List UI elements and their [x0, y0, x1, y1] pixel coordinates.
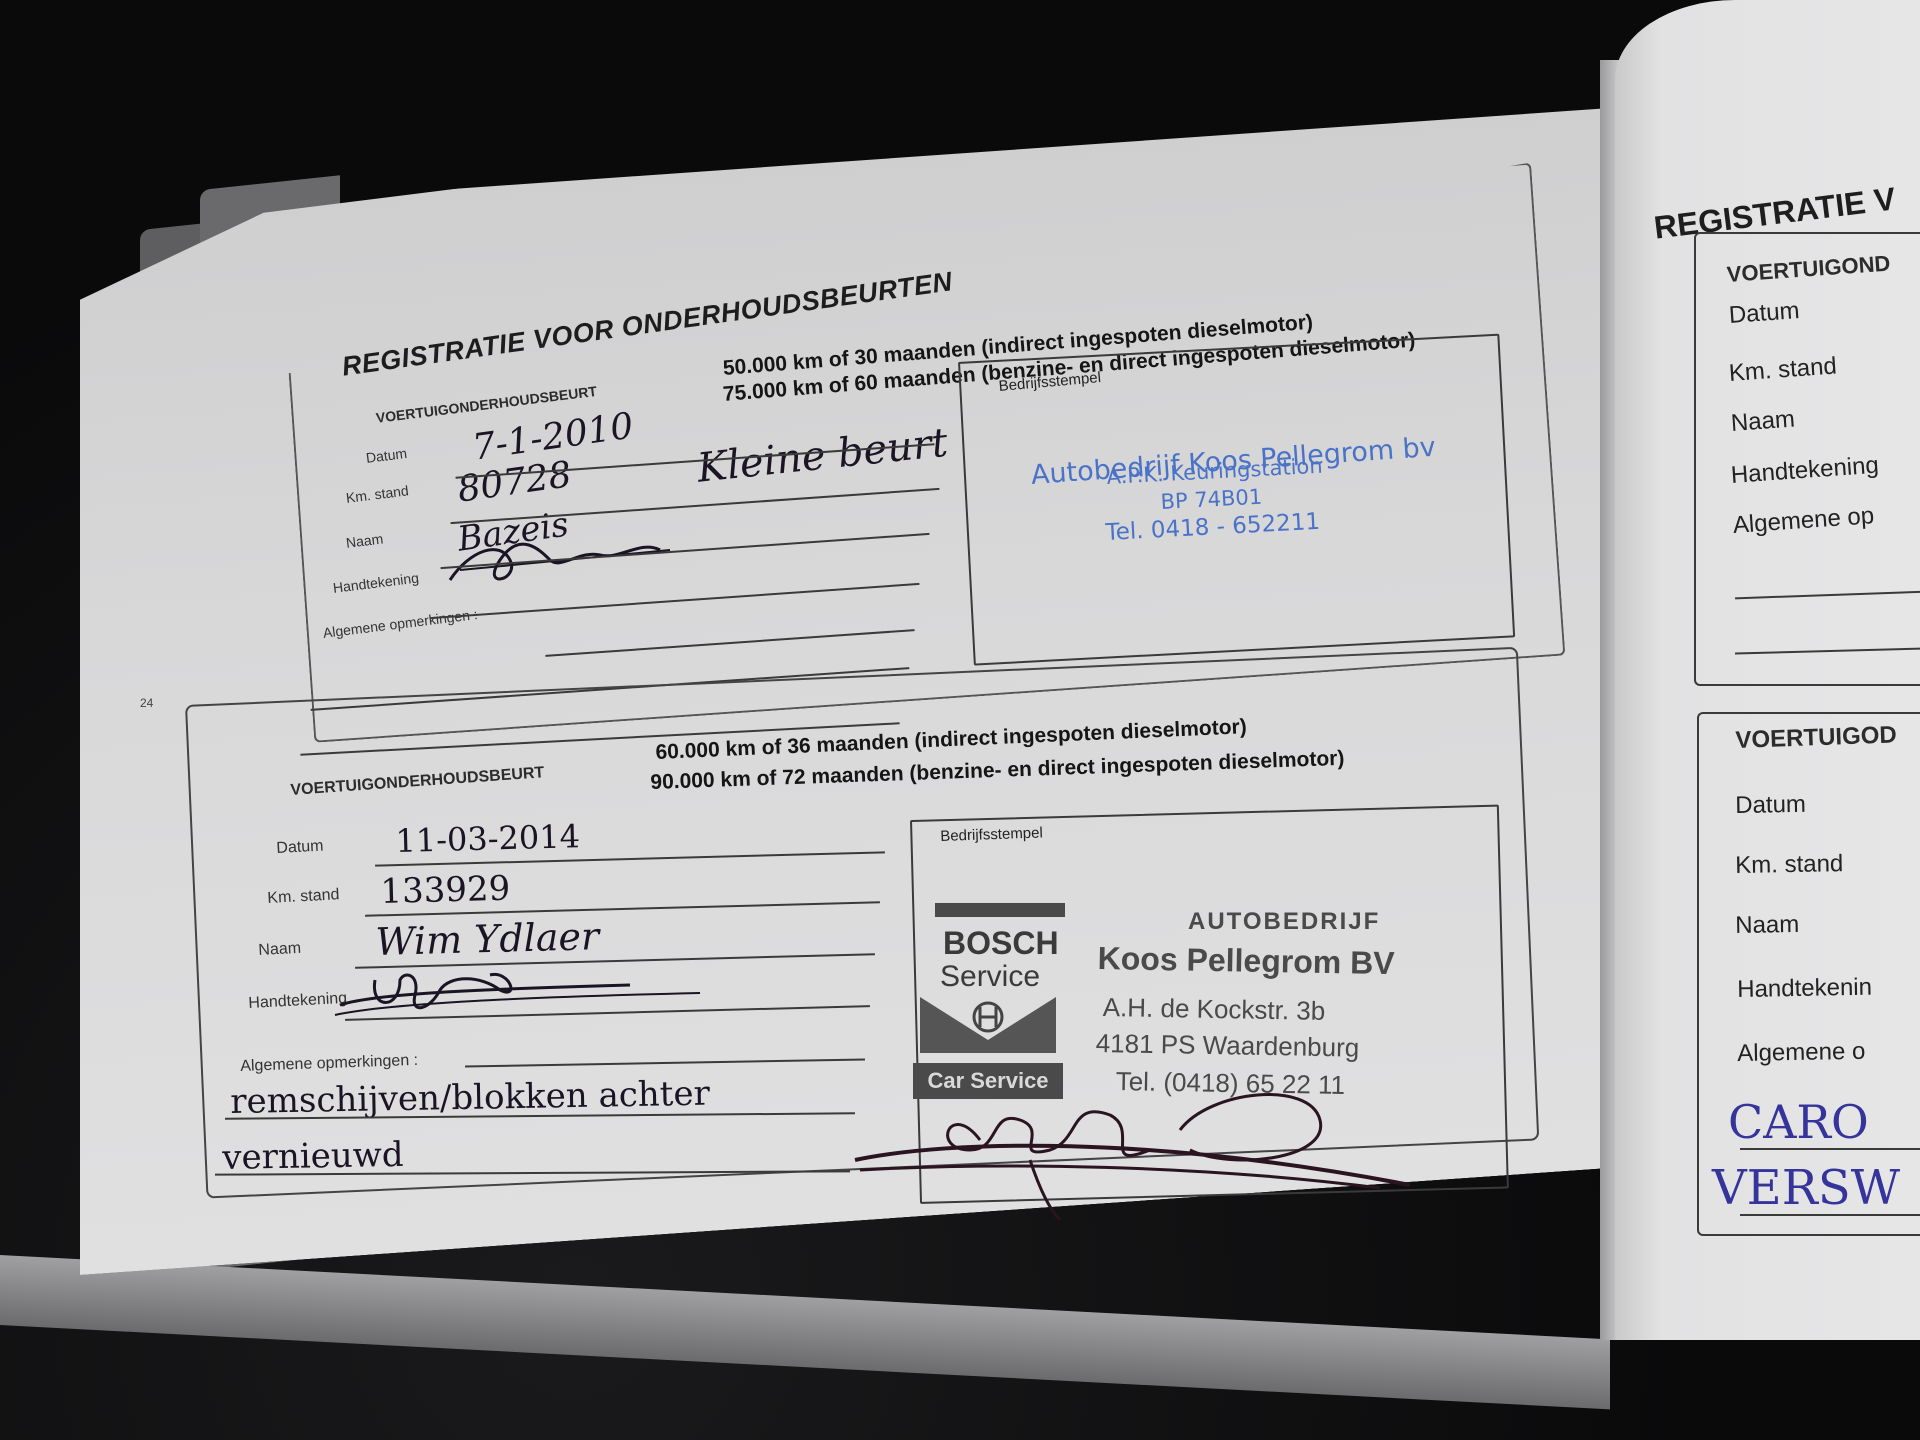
entry2-km-value: 133929 — [380, 869, 511, 912]
entry2-datum-label: Datum — [276, 838, 324, 858]
right-entry2-section-label: VOERTUIGOD — [1735, 721, 1897, 755]
right-entry2-naam-label: Naam — [1735, 911, 1800, 940]
right-entry1-datum-label: Datum — [1728, 297, 1800, 330]
entry2-stamp-signature — [850, 1080, 1430, 1230]
right-entry2-datum-label: Datum — [1735, 791, 1806, 820]
bosch-service-text: Service — [940, 960, 1040, 994]
entry2-stamp-line-1: AUTOBEDRIJF — [1188, 908, 1380, 936]
entry2-opmerking-line-2: vernieuwd — [222, 1135, 404, 1178]
entry2-stamp-line-3: A.H. de Kockstr. 3b — [1102, 992, 1325, 1027]
right-entry2-handwritten-2: VERSW — [1712, 1160, 1900, 1216]
bosch-logo-text: BOSCH — [943, 925, 1059, 962]
entry2-stamp-label: Bedrijfsstempel — [940, 824, 1043, 845]
right-entry2-km-label: Km. stand — [1735, 850, 1844, 880]
right-entry2-line-1 — [1740, 1148, 1920, 1150]
right-entry2-line-2 — [1740, 1214, 1920, 1216]
entry2-km-label: Km. stand — [267, 886, 340, 908]
entry2-stamp-line-4: 4181 PS Waardenburg — [1095, 1028, 1359, 1064]
entry2-stamp-line-2: Koos Pellegrom BV — [1097, 940, 1395, 982]
page-number: 24 — [140, 696, 153, 710]
entry2-datum-value: 11-03-2014 — [395, 817, 580, 860]
right-entry2-opmerkingen-label: Algemene o — [1737, 1038, 1866, 1068]
right-entry1-naam-label: Naam — [1730, 406, 1796, 438]
right-entry2-handwritten-1: CARO — [1728, 1095, 1869, 1149]
right-entry2-handtekening-label: Handtekenin — [1737, 974, 1872, 1004]
entry2-naam-label: Naam — [258, 940, 302, 960]
bosch-top-bar — [935, 903, 1065, 917]
bosch-chevron-icon — [918, 995, 1058, 1055]
